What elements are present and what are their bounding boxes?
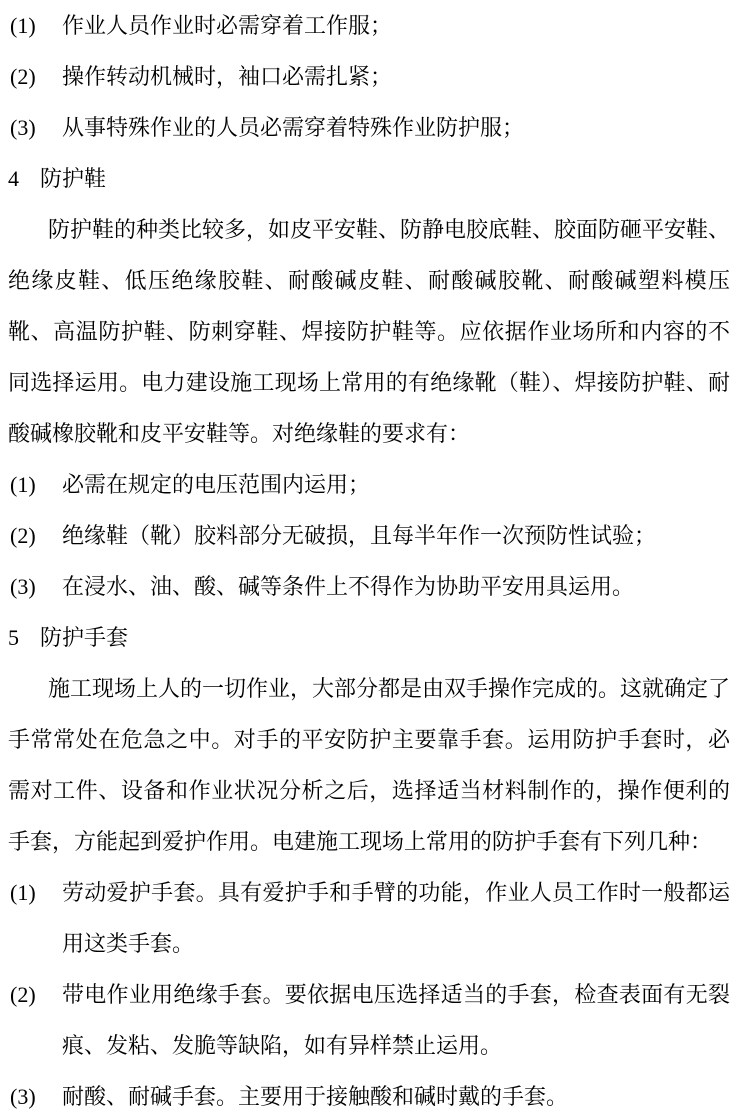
section-title: 防护鞋 bbox=[40, 166, 106, 191]
document-page: (1)作业人员作业时必需穿着工作服；(2)操作转动机械时，袖口必需扎紧；(3)从… bbox=[0, 0, 736, 1120]
section-title: 防护手套 bbox=[40, 625, 128, 650]
paragraph: 施工现场上人的一切作业，大部分都是由双手操作完成的。这就确定了手常常处在危急之中… bbox=[8, 663, 730, 867]
list-marker: (1) bbox=[10, 0, 36, 51]
list-marker: (2) bbox=[10, 969, 36, 1020]
section-number: 5 bbox=[8, 612, 40, 663]
list-marker: (3) bbox=[10, 102, 36, 153]
list-item: (3)耐酸、耐碱手套。主要用于接触酸和碱时戴的手套。 bbox=[8, 1071, 730, 1120]
list-item-text: 操作转动机械时，袖口必需扎紧； bbox=[62, 64, 392, 89]
list-item: (2)绝缘鞋（靴）胶料部分无破损，且每半年作一次预防性试验； bbox=[8, 510, 730, 561]
document-content: (1)作业人员作业时必需穿着工作服；(2)操作转动机械时，袖口必需扎紧；(3)从… bbox=[8, 0, 730, 1120]
list-marker: (3) bbox=[10, 1071, 36, 1120]
list-item: (2)带电作业用绝缘手套。要依据电压选择适当的手套，检查表面有无裂痕、发粘、发脆… bbox=[8, 969, 730, 1071]
list-marker: (2) bbox=[10, 51, 36, 102]
list-item: (3)从事特殊作业的人员必需穿着特殊作业防护服； bbox=[8, 102, 730, 153]
list-item-text: 绝缘鞋（靴）胶料部分无破损，且每半年作一次预防性试验； bbox=[62, 523, 656, 548]
list-item-text: 劳动爱护手套。具有爱护手和手臂的功能，作业人员工作时一般都运用这类手套。 bbox=[62, 880, 730, 956]
list-item-text: 必需在规定的电压范围内运用； bbox=[62, 472, 370, 497]
list-item-text: 耐酸、耐碱手套。主要用于接触酸和碱时戴的手套。 bbox=[62, 1084, 568, 1109]
list-item: (1)作业人员作业时必需穿着工作服； bbox=[8, 0, 730, 51]
list-item: (1)必需在规定的电压范围内运用； bbox=[8, 459, 730, 510]
list-item-text: 在浸水、油、酸、碱等条件上不得作为协助平安用具运用。 bbox=[62, 574, 634, 599]
paragraph: 防护鞋的种类比较多，如皮平安鞋、防静电胶底鞋、胶面防砸平安鞋、绝缘皮鞋、低压绝缘… bbox=[8, 204, 730, 459]
list-item-text: 从事特殊作业的人员必需穿着特殊作业防护服； bbox=[62, 115, 524, 140]
list-marker: (3) bbox=[10, 561, 36, 612]
section-number: 4 bbox=[8, 153, 40, 204]
list-marker: (2) bbox=[10, 510, 36, 561]
section-heading: 5防护手套 bbox=[8, 612, 730, 663]
list-item-text: 作业人员作业时必需穿着工作服； bbox=[62, 13, 392, 38]
list-marker: (1) bbox=[10, 867, 36, 918]
list-marker: (1) bbox=[10, 459, 36, 510]
list-item: (2)操作转动机械时，袖口必需扎紧； bbox=[8, 51, 730, 102]
list-item: (3)在浸水、油、酸、碱等条件上不得作为协助平安用具运用。 bbox=[8, 561, 730, 612]
list-item: (1)劳动爱护手套。具有爱护手和手臂的功能，作业人员工作时一般都运用这类手套。 bbox=[8, 867, 730, 969]
section-heading: 4防护鞋 bbox=[8, 153, 730, 204]
list-item-text: 带电作业用绝缘手套。要依据电压选择适当的手套，检查表面有无裂痕、发粘、发脆等缺陷… bbox=[62, 982, 730, 1058]
